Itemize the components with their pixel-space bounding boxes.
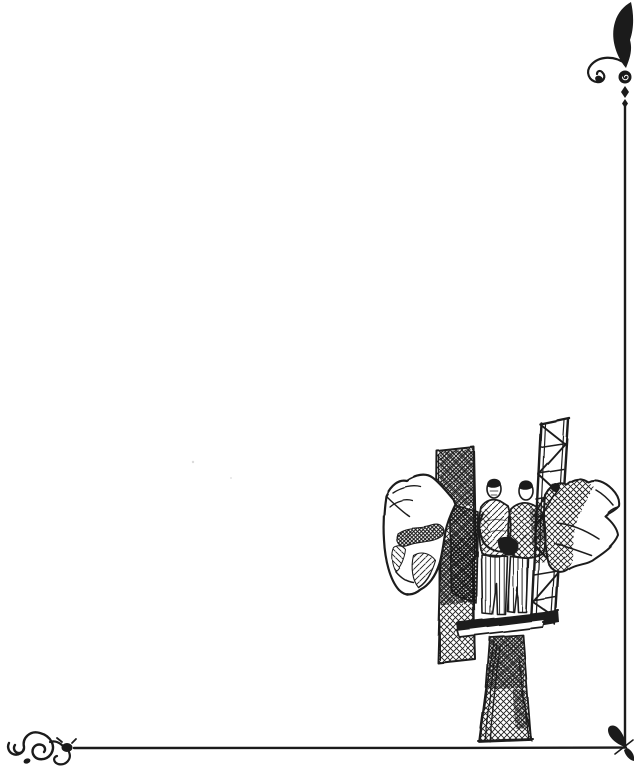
scroll-small-spiral (8, 743, 24, 755)
leaf-finial-icon (588, 2, 633, 108)
left-banner-drape (450, 505, 478, 603)
figure-right-legs (507, 556, 528, 612)
corner-leaf-lower (624, 748, 634, 761)
paper-speck (192, 461, 194, 463)
scroll-knot (62, 743, 73, 752)
tower-cap (540, 418, 569, 424)
finial-bead-large (621, 86, 629, 98)
sketch-scene (384, 418, 620, 742)
finial-bead-small (622, 99, 628, 108)
artwork-svg (0, 0, 634, 768)
border-ornaments (8, 2, 634, 765)
paper-speck (230, 477, 232, 479)
corner-leaf-icon (608, 726, 634, 761)
paper-specks (192, 461, 232, 479)
scroll-hook (54, 752, 70, 764)
figure-left-legs (481, 554, 507, 614)
spiral-scroll-icon (8, 732, 76, 764)
scroll-bud (23, 757, 31, 764)
illustrated-page (0, 0, 634, 768)
scroll-large-loop (24, 732, 53, 759)
corner-leaf-upper (608, 726, 626, 747)
figure-left-hair (487, 479, 501, 488)
figure-right-hair (519, 480, 533, 489)
figure-right-fist (551, 483, 560, 492)
pedestal-column (478, 635, 533, 742)
